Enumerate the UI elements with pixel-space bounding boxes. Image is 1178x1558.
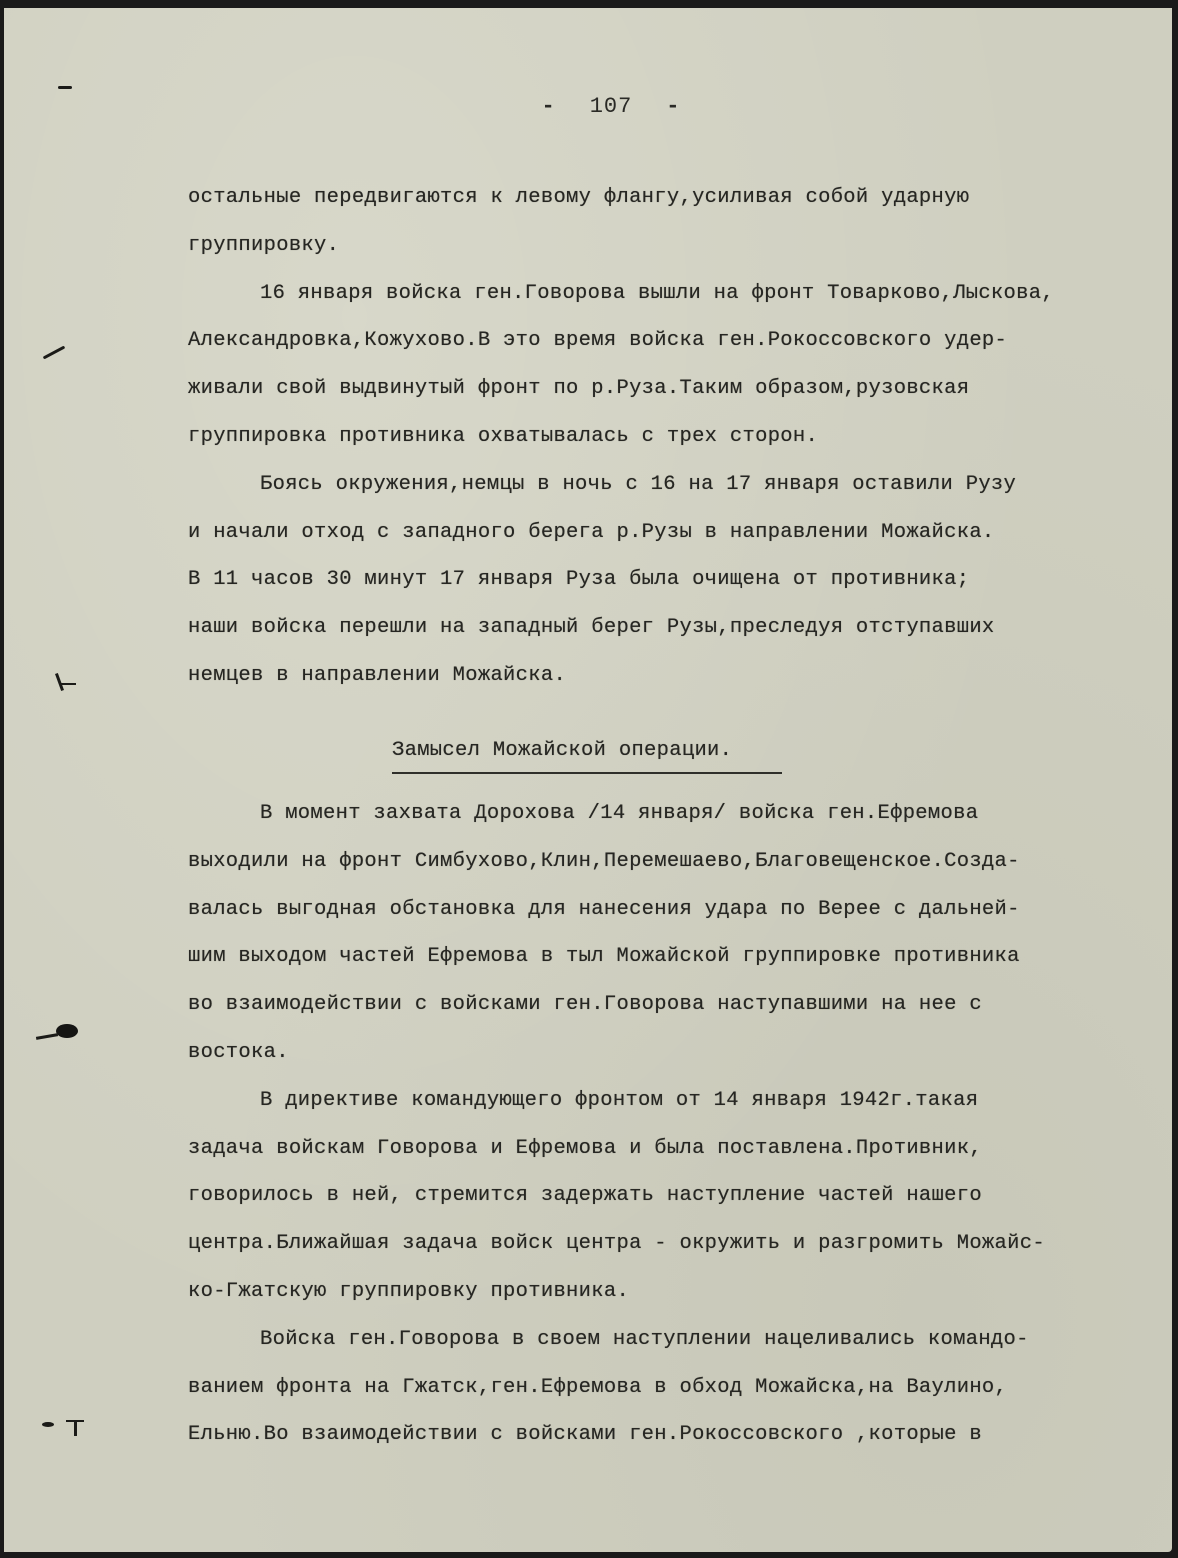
binding-hole-mark (74, 1420, 77, 1436)
text-line: В 11 часов 30 минут 17 января Руза была … (188, 568, 969, 591)
section-heading-underline (392, 772, 782, 774)
paragraph-first-line: Войска ген.Говорова в своем наступлении … (260, 1328, 1029, 1351)
section-heading: Замысел Можайской операции. (392, 739, 732, 762)
text-line: валась выгодная обстановка для нанесения… (188, 898, 1020, 921)
text-line: задача войскам Говорова и Ефремова и был… (188, 1137, 982, 1160)
text-line: группировку. (188, 234, 339, 257)
binding-hole-mark (43, 346, 66, 360)
page-number-dash-right: - (666, 94, 680, 119)
binding-hole-mark (60, 683, 76, 685)
text-line: группировка противника охватывалась с тр… (188, 425, 818, 448)
text-line: шим выходом частей Ефремова в тыл Можайс… (188, 945, 1020, 968)
binding-hole-mark (58, 86, 72, 89)
binding-hole-mark (36, 1033, 58, 1040)
paragraph-first-line: 16 января войска ген.Говорова вышли на ф… (260, 282, 1054, 305)
text-line: выходили на фронт Симбухово,Клин,Перемеш… (188, 850, 1020, 873)
text-line: ванием фронта на Гжатск,ген.Ефремова в о… (188, 1376, 1007, 1399)
text-line: остальные передвигаются к левому флангу,… (188, 186, 969, 209)
page-number-value: 107 (590, 94, 633, 119)
binding-hole-mark (66, 1420, 84, 1422)
binding-hole-mark (42, 1422, 54, 1427)
binding-hole-mark (56, 1024, 78, 1038)
page-number-dash-left: - (541, 94, 555, 119)
text-line: и начали отход с западного берега р.Рузы… (188, 521, 995, 544)
text-line: ко-Гжатскую группировку противника. (188, 1280, 629, 1303)
text-line: живали свой выдвинутый фронт по р.Руза.Т… (188, 377, 969, 400)
text-line: Александровка,Кожухово.В это время войск… (188, 329, 1007, 352)
document-page: -107- Замысел Можайской операции. осталь… (4, 8, 1172, 1552)
binding-hole-mark (55, 673, 64, 691)
paragraph-first-line: В директиве командующего фронтом от 14 я… (260, 1089, 978, 1112)
paragraph-first-line: В момент захвата Дорохова /14 января/ во… (260, 802, 978, 825)
paragraph-first-line: Боясь окружения,немцы в ночь с 16 на 17 … (260, 473, 1016, 496)
text-line: Ельню.Во взаимодействии с войсками ген.Р… (188, 1423, 982, 1446)
page-number: -107- (4, 94, 1172, 119)
text-line: во взаимодействии с войсками ген.Говоров… (188, 993, 982, 1016)
text-line: говорилось в ней, стремится задержать на… (188, 1184, 982, 1207)
text-line: наши войска перешли на западный берег Ру… (188, 616, 995, 639)
text-line: востока. (188, 1041, 289, 1064)
text-line: немцев в направлении Можайска. (188, 664, 566, 687)
text-line: центра.Ближайшая задача войск центра - о… (188, 1232, 1045, 1255)
